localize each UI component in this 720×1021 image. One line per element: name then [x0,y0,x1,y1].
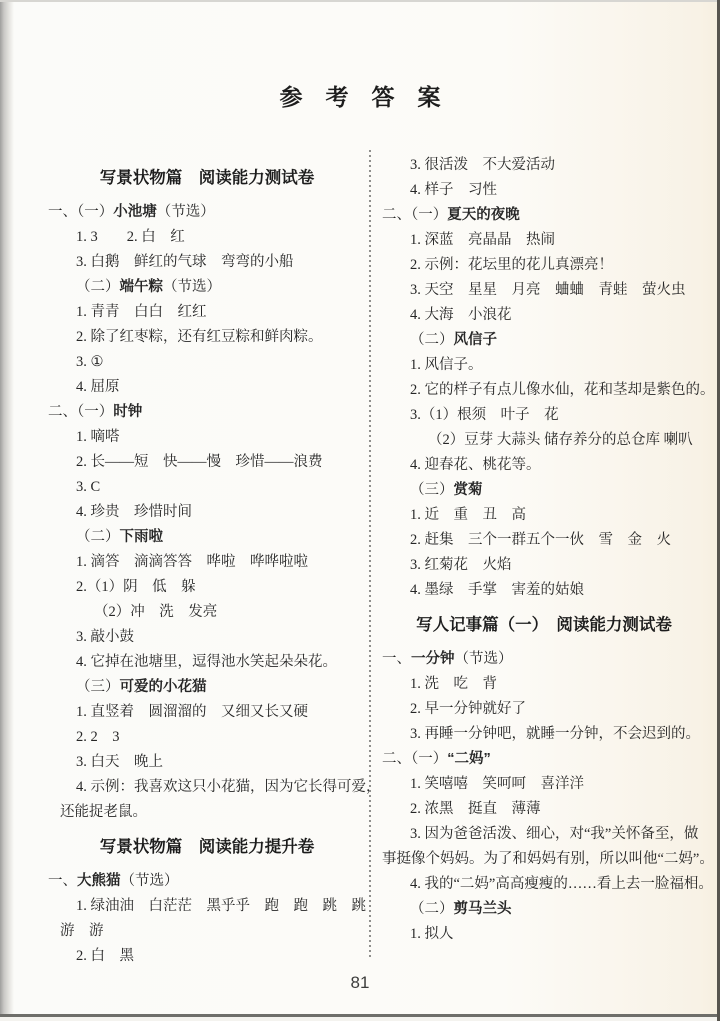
answer-line-text: （二） [410,332,454,348]
answer-line: 二、（一）“二妈” [382,747,706,772]
answer-line: 3. ① [48,350,366,375]
answer-line: 4. 墨绿 手掌 害羞的姑娘 [382,578,706,603]
answer-line-text: 2. 白 黑 [76,948,134,964]
answer-line: 2. 它的样子有点儿像水仙，花和茎却是紫色的。 [382,378,706,403]
answer-line-text: （节选） [157,204,215,220]
page-number: 81 [0,972,720,994]
scan-edge-bottom-margin [0,1017,720,1021]
answer-line-title-text: “二妈” [447,751,491,767]
answer-line-text: 4. 珍贵 珍惜时间 [76,504,192,520]
answer-line-text: 一、（一） [48,204,113,220]
answer-line-text: （二） [76,279,120,295]
answer-line: 游 游 [48,919,366,944]
answer-line-title-text: 端午粽 [120,279,164,295]
answer-line: 1. 洗 吃 背 [382,672,706,697]
answer-line: 4. 迎春花、桃花等。 [382,453,706,478]
answer-line: 4. 屈原 [48,375,366,400]
answer-line-text: （节选） [163,279,221,295]
answer-line: 2. 白 黑 [48,944,366,969]
answer-line-text: 事挺像个妈妈。为了和妈妈有别，所以叫他“二妈”。 [382,851,714,867]
answer-line-text: 2. 赶集 三个一群五个一伙 雪 金 火 [410,532,671,548]
answer-line: 2. 2 3 [48,725,366,750]
answer-line: 还能捉老鼠。 [48,800,366,825]
answer-line-title-text: 一分钟 [411,651,455,667]
answer-line-text: 3. 红菊花 火焰 [410,557,512,573]
answer-line: 2. 浓黑 挺直 薄薄 [382,797,706,822]
answer-line: 3. 白天 晚上 [48,750,366,775]
answer-line: （2）豆芽 大蒜头 储存养分的总仓库 喇叭 [382,428,706,453]
answer-line: 4. 样子 习性 [382,178,706,203]
answer-line-text: （三） [410,482,454,498]
answer-line-text: 1. 绿油油 白茫茫 黑乎乎 跑 跑 跳 跳 [76,898,366,914]
answer-line-text: （2）冲 洗 发亮 [94,604,217,620]
answer-line-text: 4. 屈原 [76,379,120,395]
section-heading: 写景状物篇 阅读能力提升卷 [48,835,366,860]
answer-line: 2. 早一分钟就好了 [382,697,706,722]
answer-line: 2. 示例：花坛里的花儿真漂亮！ [382,253,706,278]
answer-line-text: 3. ① [76,354,104,370]
answer-line-text: 3. 很活泼 不大爱活动 [410,157,555,173]
answer-line-title-text: 时钟 [113,404,142,420]
answer-line-text: 还能捉老鼠。 [60,804,147,820]
answer-line: 一、大熊猫（节选） [48,869,366,894]
answer-line: 3. 因为爸爸活泼、细心，对“我”关怀备至，做 [382,822,706,847]
answer-line-text: 4. 墨绿 手掌 害羞的姑娘 [410,582,584,598]
answer-line: （三）可爱的小花猫 [48,675,366,700]
answer-line-text: 1. 笑嘻嘻 笑呵呵 喜洋洋 [410,776,584,792]
answer-line-text: 4. 它掉在池塘里，逗得池水笑起朵朵花。 [76,654,337,670]
answer-line-text: 1. 嘀嗒 [76,429,120,445]
answer-line-text: 一、 [48,873,77,889]
answer-line: （二）风信子 [382,328,706,353]
answer-line: 1. 绿油油 白茫茫 黑乎乎 跑 跑 跳 跳 [48,894,366,919]
answer-line: 3. 再睡一分钟吧，就睡一分钟，不会迟到的。 [382,722,706,747]
answer-line: 事挺像个妈妈。为了和妈妈有别，所以叫他“二妈”。 [382,847,706,872]
answer-line-text: （节选） [455,651,513,667]
answer-line-text: 一、 [382,651,411,667]
answer-line: 二、（一）夏天的夜晚 [382,203,706,228]
answer-line: 一、一分钟（节选） [382,647,706,672]
answer-line-title-text: 小池塘 [113,204,157,220]
answer-line: 4. 珍贵 珍惜时间 [48,500,366,525]
answer-line-text: 1. 洗 吃 背 [410,676,497,692]
section-heading: 写景状物篇 阅读能力测试卷 [48,166,366,191]
left-column: 写景状物篇 阅读能力测试卷一、（一）小池塘（节选）1. 3 2. 白 红3. 白… [48,166,366,969]
answer-line: （三）赏菊 [382,478,706,503]
answer-line-text: （2）豆芽 大蒜头 储存养分的总仓库 喇叭 [428,432,693,448]
answer-line: （二）下雨啦 [48,525,366,550]
answer-line: 1. 滴答 滴滴答答 哗啦 哗哗啦啦 [48,550,366,575]
answer-line-text: 1. 近 重 丑 高 [410,507,526,523]
answer-line-title-text: 风信子 [454,332,498,348]
answer-line-text: （节选） [121,873,179,889]
answer-line: 4. 它掉在池塘里，逗得池水笑起朵朵花。 [48,650,366,675]
scan-edge-top [0,0,720,2]
answer-line: 1. 风信子。 [382,353,706,378]
answer-line: （2）冲 洗 发亮 [48,600,366,625]
answer-line: 4. 示例：我喜欢这只小花猫，因为它长得可爱， [48,775,366,800]
answer-line: 3. 很活泼 不大爱活动 [382,153,706,178]
answer-line-text: （二） [410,901,454,917]
answer-line-text: 1. 拟人 [410,926,454,942]
answer-line-text: 二、（一） [48,404,113,420]
answer-line-text: 2. 2 3 [76,729,120,745]
answer-line: 1. 拟人 [382,922,706,947]
answer-line-text: 1. 滴答 滴滴答答 哗啦 哗哗啦啦 [76,554,308,570]
answer-line: 3. 白鹅 鲜红的气球 弯弯的小船 [48,250,366,275]
answer-line: 2. 除了红枣粽，还有红豆粽和鲜肉粽。 [48,325,366,350]
scan-edge-left [0,0,14,1021]
answer-line: 1. 近 重 丑 高 [382,503,706,528]
answer-line-text: 二、（一） [382,751,447,767]
answer-line-text: 4. 我的“二妈”高高瘦瘦的……看上去一脸福相。 [410,876,713,892]
answer-line-text: （三） [76,679,120,695]
answer-line: 3. 天空 星星 月亮 蛐蛐 青蛙 萤火虫 [382,278,706,303]
right-column: 3. 很活泼 不大爱活动4. 样子 习性二、（一）夏天的夜晚1. 深蓝 亮晶晶 … [382,153,706,947]
answer-line-title-text: 夏天的夜晚 [447,207,520,223]
answer-line-text: 3. 天空 星星 月亮 蛐蛐 青蛙 萤火虫 [410,282,686,298]
answer-line-text: 2. 长——短 快——慢 珍惜——浪费 [76,454,323,470]
answer-line-text: 4. 大海 小浪花 [410,307,512,323]
answer-line: 一、（一）小池塘（节选） [48,200,366,225]
answer-line-text: 游 游 [60,923,104,939]
answer-line: 3. C [48,475,366,500]
answer-line: 4. 我的“二妈”高高瘦瘦的……看上去一脸福相。 [382,872,706,897]
answer-line-text: 3. 白鹅 鲜红的气球 弯弯的小船 [76,254,294,270]
answer-line: 1. 笑嘻嘻 笑呵呵 喜洋洋 [382,772,706,797]
answer-line-text: 1. 3 2. 白 红 [76,229,185,245]
answer-line-text: 3. 因为爸爸活泼、细心，对“我”关怀备至，做 [410,826,698,842]
answer-line: 3. 敲小鼓 [48,625,366,650]
column-divider-dotted-line [369,150,371,960]
answer-line: 1. 3 2. 白 红 [48,225,366,250]
answer-line: 2.（1）阴 低 躲 [48,575,366,600]
section-heading: 写人记事篇（一） 阅读能力测试卷 [382,613,706,638]
answer-line-text: （二） [76,529,120,545]
answer-line: 3.（1）根须 叶子 花 [382,403,706,428]
answer-line-text: 1. 深蓝 亮晶晶 热闹 [410,232,555,248]
page-title: 参 考 答 案 [0,84,720,110]
answer-line: 二、（一）时钟 [48,400,366,425]
answer-line-text: 2.（1）阴 低 躲 [76,579,196,595]
answer-line: 3. 红菊花 火焰 [382,553,706,578]
answer-key-page: 参 考 答 案 写景状物篇 阅读能力测试卷一、（一）小池塘（节选）1. 3 2.… [0,0,720,1021]
answer-line-text: 3. 敲小鼓 [76,629,134,645]
answer-line-text: 3.（1）根须 叶子 花 [410,407,559,423]
answer-line-text: 4. 迎春花、桃花等。 [410,457,541,473]
answer-line-text: 2. 示例：花坛里的花儿真漂亮！ [410,257,613,273]
answer-line-text: 2. 早一分钟就好了 [410,701,526,717]
answer-line-title-text: 可爱的小花猫 [120,679,207,695]
answer-line-text: 1. 青青 白白 红红 [76,304,207,320]
answer-line-title-text: 赏菊 [454,482,483,498]
answer-line-text: 二、（一） [382,207,447,223]
answer-line-text: 3. 白天 晚上 [76,754,163,770]
answer-line-text: 4. 示例：我喜欢这只小花猫，因为它长得可爱， [76,779,381,795]
answer-line: （二）端午粽（节选） [48,275,366,300]
answer-line-text: 3. 再睡一分钟吧，就睡一分钟，不会迟到的。 [410,726,700,742]
answer-line-text: 2. 浓黑 挺直 薄薄 [410,801,541,817]
answer-line: 1. 深蓝 亮晶晶 热闹 [382,228,706,253]
answer-line: 1. 青青 白白 红红 [48,300,366,325]
answer-line: 2. 赶集 三个一群五个一伙 雪 金 火 [382,528,706,553]
answer-line-text: 3. C [76,479,100,495]
answer-line: 4. 大海 小浪花 [382,303,706,328]
answer-line-title-text: 大熊猫 [77,873,121,889]
answer-line-text: 1. 风信子。 [410,357,483,373]
answer-line-title-text: 下雨啦 [120,529,164,545]
answer-line: 1. 直竖着 圆溜溜的 又细又长又硬 [48,700,366,725]
answer-line-text: 4. 样子 习性 [410,182,497,198]
answer-line: （二）剪马兰头 [382,897,706,922]
answer-line: 2. 长——短 快——慢 珍惜——浪费 [48,450,366,475]
answer-line: 1. 嘀嗒 [48,425,366,450]
answer-line-title-text: 剪马兰头 [454,901,512,917]
answer-line-text: 2. 它的样子有点儿像水仙，花和茎却是紫色的。 [410,382,715,398]
answer-line-text: 2. 除了红枣粽，还有红豆粽和鲜肉粽。 [76,329,323,345]
answer-line-text: 1. 直竖着 圆溜溜的 又细又长又硬 [76,704,308,720]
